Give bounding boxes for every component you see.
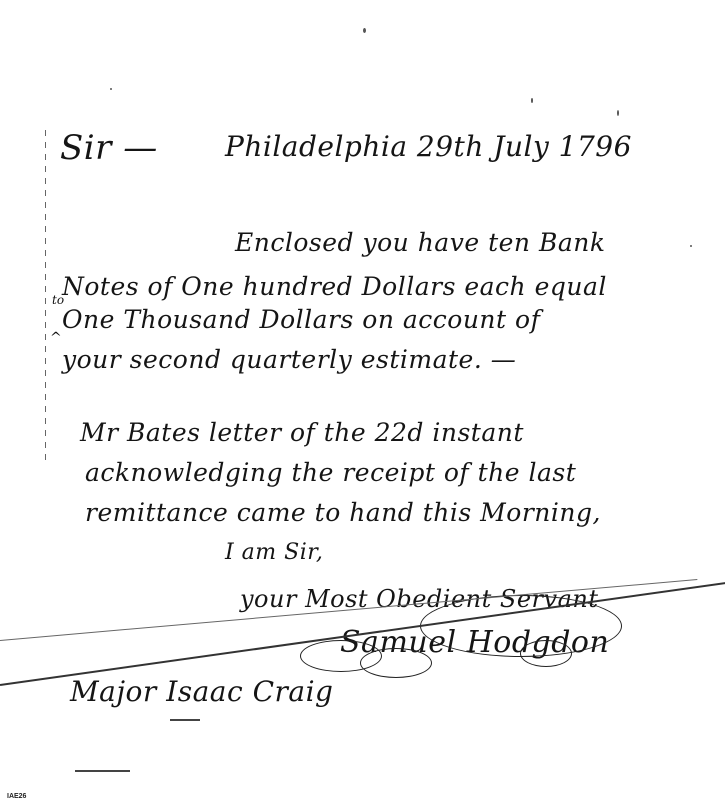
underline-mark bbox=[170, 719, 200, 721]
speck bbox=[690, 245, 692, 247]
body-line-6: acknowledging the receipt of the last bbox=[85, 458, 576, 487]
speck bbox=[363, 28, 366, 33]
closing-line-1: I am Sir, bbox=[225, 540, 323, 565]
body-line-4: your second quarterly estimate. — bbox=[62, 345, 516, 374]
place-and-date: Philadelphia 29th July 1796 bbox=[225, 130, 632, 163]
body-line-5: Mr Bates letter of the 22d instant bbox=[80, 418, 524, 447]
archive-id: IAE26 bbox=[7, 793, 26, 800]
body-line-7: remittance came to hand this Morning, bbox=[85, 498, 601, 527]
speck bbox=[531, 98, 533, 103]
signature-flourish bbox=[360, 648, 432, 678]
speck bbox=[617, 110, 619, 116]
insertion-caret-icon: ^ bbox=[50, 330, 62, 346]
body-line-2: Notes of One hundred Dollars each equal bbox=[62, 272, 607, 301]
signature-flourish bbox=[520, 640, 572, 667]
body-line-3: One Thousand Dollars on account of bbox=[62, 305, 540, 334]
underline-mark bbox=[75, 770, 130, 772]
left-margin-rule bbox=[45, 130, 46, 460]
body-line-1: Enclosed you have ten Bank bbox=[235, 228, 605, 257]
addressee: Major Isaac Craig bbox=[70, 675, 333, 708]
salutation: Sir — bbox=[60, 128, 158, 168]
scanned-letter-page: Sir — Philadelphia 29th July 1796 Enclos… bbox=[0, 0, 725, 800]
speck bbox=[110, 88, 112, 90]
